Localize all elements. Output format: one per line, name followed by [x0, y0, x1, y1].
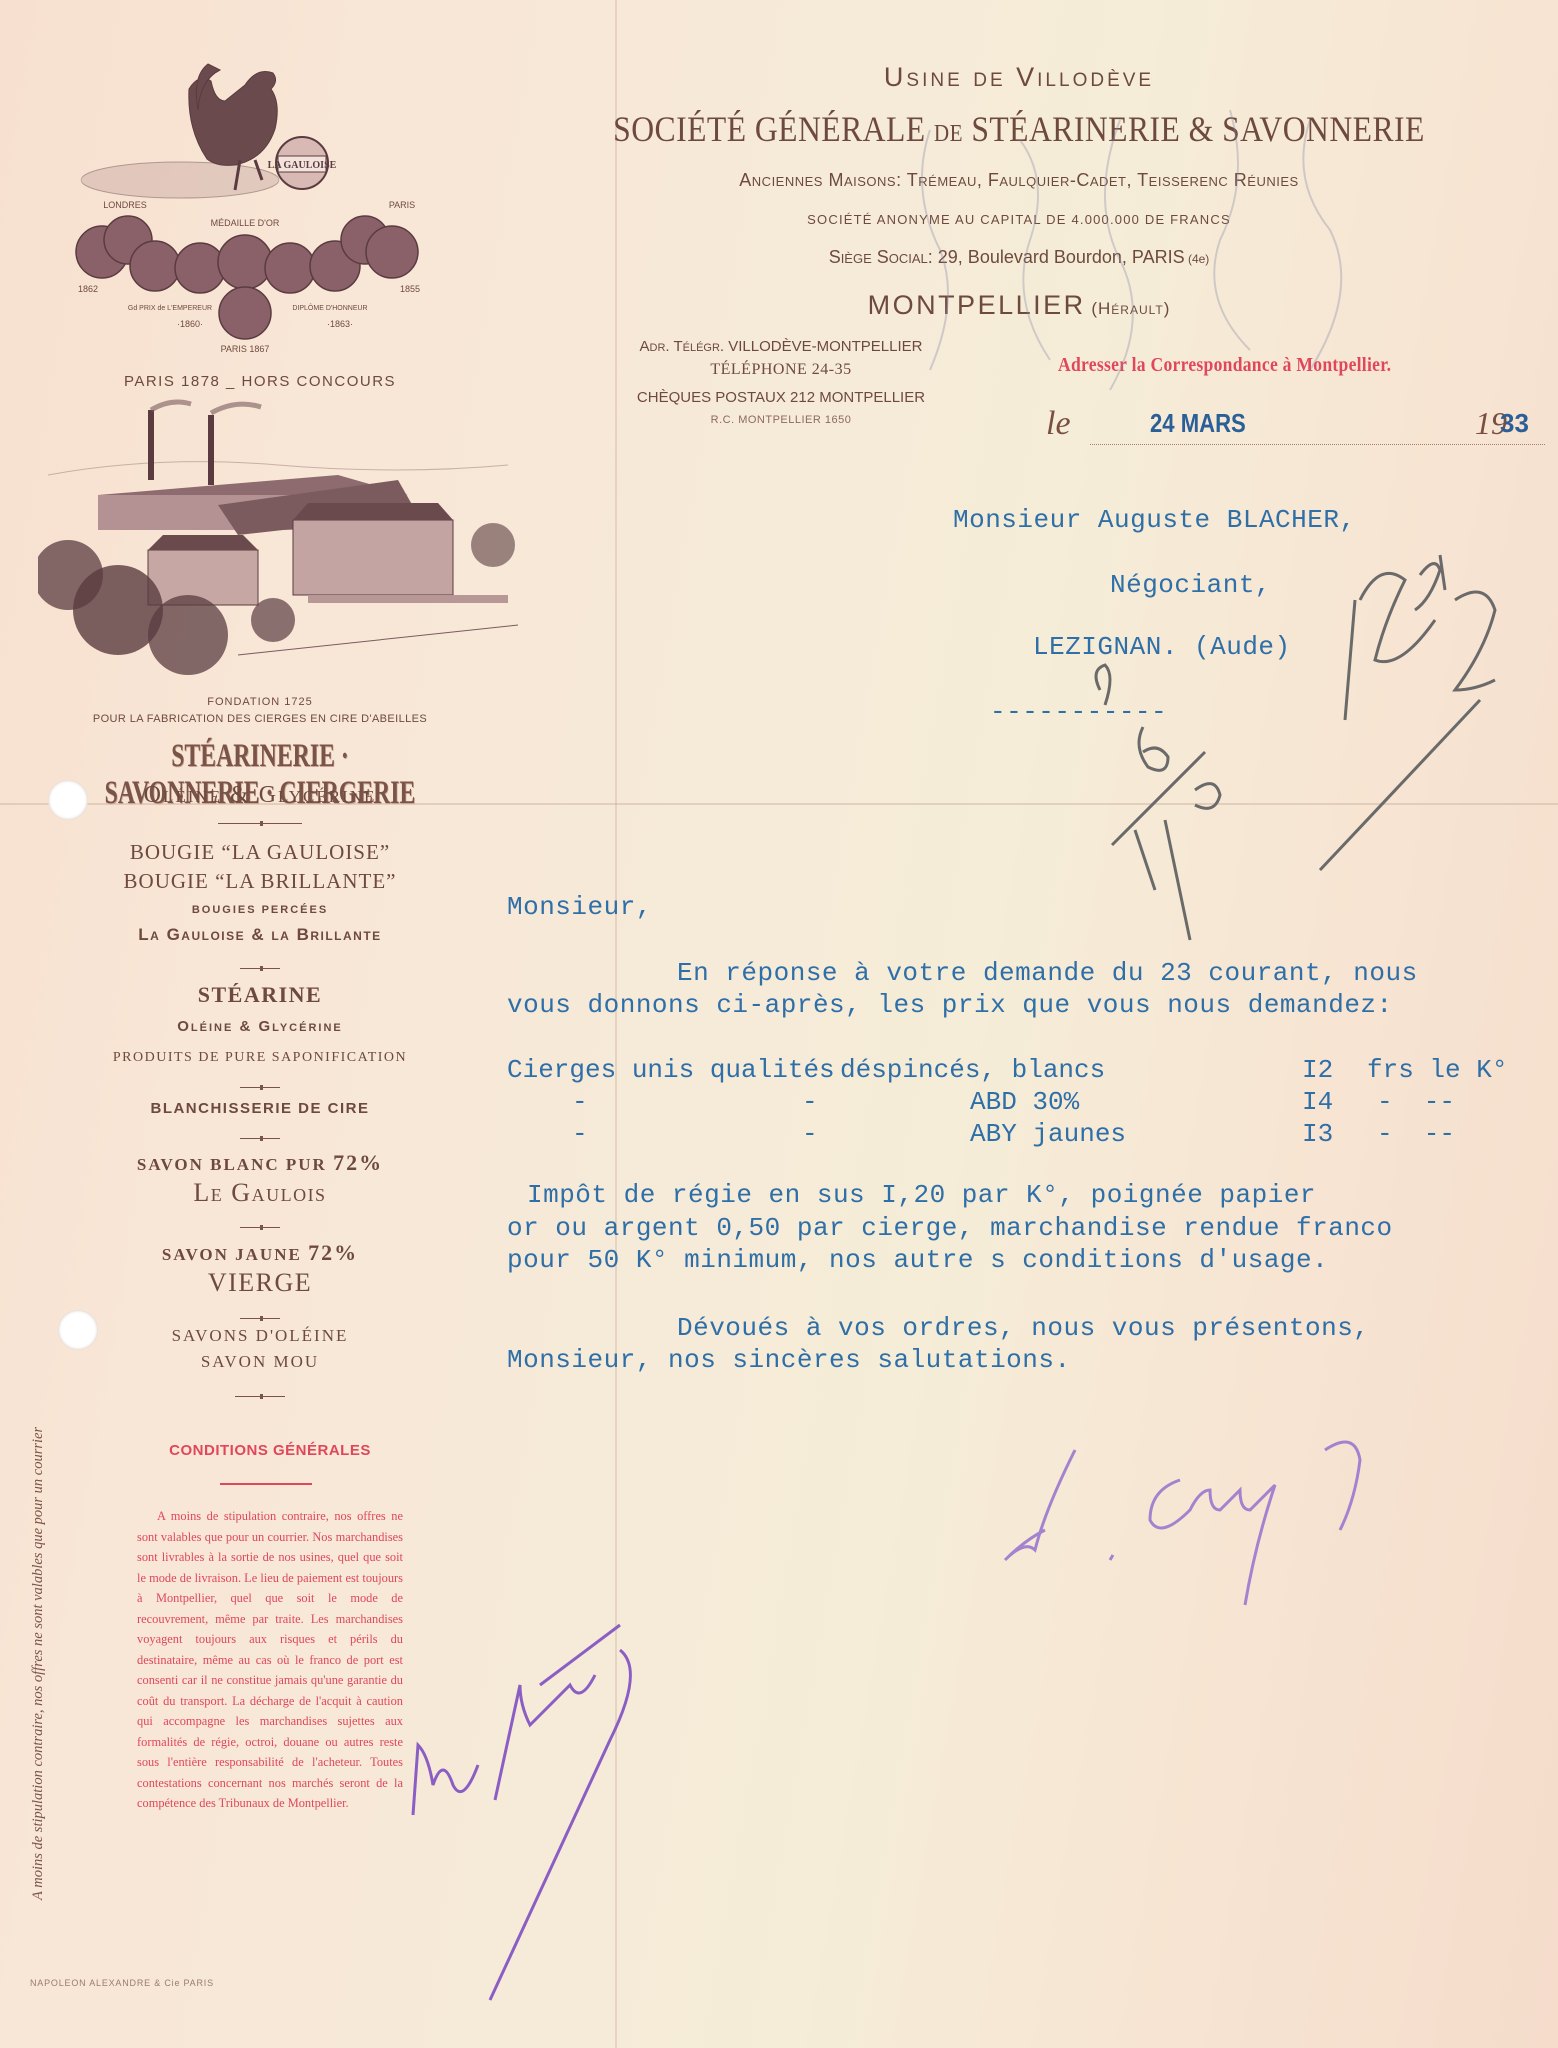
- medal-year-1862: 1862: [78, 284, 98, 294]
- factory-icon: [38, 395, 518, 685]
- conditions-text: A moins de stipulation contraire, nos of…: [137, 1506, 403, 1814]
- conditions-title: CONDITIONS GÉNÉRALES: [140, 1442, 400, 1459]
- separator: [240, 1227, 280, 1228]
- factory-engraving: [38, 395, 518, 685]
- medal-year-1863: ·1863·: [327, 319, 353, 329]
- bougie-la-brillante: BOUGIE “LA BRILLANTE”: [40, 869, 480, 894]
- svg-text:LA GAULOISE: LA GAULOISE: [268, 160, 337, 171]
- date-day-month: 24 MARS: [1150, 408, 1246, 439]
- medal-diplome: DIPLÔME D'HONNEUR: [292, 303, 367, 312]
- oleine-glycerine-2: Oléine & Glycérine: [40, 1018, 480, 1035]
- telegraph-address: Adr. Télégr. VILLODÈVE-MONTPELLIER: [600, 338, 962, 355]
- salutation: Monsieur,: [507, 892, 652, 922]
- closing-line-1: Dévoués à vos ordres, nous vous présento…: [677, 1313, 1369, 1343]
- bougie-la-gauloise: BOUGIE “LA GAULOISE”: [40, 840, 480, 865]
- price-row: Cierges unis qualités déspincés, blancs …: [507, 1055, 569, 1087]
- rooster-icon: [81, 64, 279, 198]
- correspondence-notice: Adresser la Correspondance à Montpellier…: [1058, 354, 1391, 377]
- medal-label-paris: PARIS: [389, 200, 415, 210]
- separator: [240, 1087, 280, 1088]
- savon-mou: SAVON MOU: [40, 1352, 480, 1372]
- bougies-percees: BOUGIES PERCÉES: [40, 904, 480, 916]
- medal-year-1855: 1855: [400, 284, 420, 294]
- savons-oleine: SAVONS D'OLÉINE: [40, 1326, 480, 1346]
- le-gaulois: Le Gaulois: [40, 1178, 480, 1208]
- separator: [240, 1318, 280, 1319]
- price-row: - - ABY jaunes I3 - --: [507, 1119, 569, 1151]
- paragraph-1-line-1: En réponse à votre demande du 23 courant…: [677, 958, 1418, 988]
- recipient-title: Négociant,: [1110, 570, 1271, 600]
- stearine-heading: STÉARINE: [40, 982, 480, 1008]
- anciennes-maisons: Anciennes Maisons: Trémeau, Faulquier-Ca…: [480, 170, 1558, 191]
- rooster-medals-engraving: LA GAULOISE LONDRES PARIS MÉDAILLE D'OR …: [40, 30, 490, 380]
- printer-imprint: NAPOLEON ALEXANDRE & Cie PARIS: [30, 1978, 214, 1988]
- recipient-rule: -----------: [990, 697, 1167, 727]
- medal-grand-prix: Gd PRIX de L'EMPEREUR: [128, 305, 212, 312]
- hors-concours: PARIS 1878 _ HORS CONCOURS: [40, 373, 480, 390]
- paragraph-2-line-2: or ou argent 0,50 par cierge, marchandis…: [507, 1213, 1393, 1243]
- conditions-rule: [220, 1483, 312, 1485]
- cheques-postaux: CHÈQUES POSTAUX 212 MONTPELLIER: [600, 389, 962, 406]
- medals-row-icon: [76, 216, 418, 339]
- price-row: - - ABD 30% I4 - --: [507, 1087, 569, 1119]
- signature-icon: [1005, 1442, 1360, 1605]
- capital-line: SOCIÉTÉ ANONYME AU CAPITAL DE 4.000.000 …: [480, 212, 1558, 227]
- fondation: FONDATION 1725: [40, 696, 480, 708]
- recipient-city: LEZIGNAN. (Aude): [1033, 632, 1291, 662]
- registre-commerce: R.C. MONTPELLIER 1650: [600, 414, 962, 426]
- produits-saponification: PRODUITS DE PURE SAPONIFICATION: [40, 1050, 480, 1066]
- medal-paris-1867: PARIS 1867: [221, 344, 270, 354]
- separator: [218, 823, 302, 824]
- medal-label-medaille-dor: MÉDAILLE D'OR: [211, 218, 280, 228]
- date-dotted-line: [1090, 444, 1545, 445]
- price-list: Cierges unis qualités déspincés, blancs …: [507, 1055, 569, 1151]
- paragraph-2-line-1: Impôt de régie en sus I,20 par K°, poign…: [527, 1180, 1316, 1210]
- usine-title: Usine de Villodève: [480, 62, 1558, 93]
- gauloise-brillante: La Gauloise & la Brillante: [40, 925, 480, 945]
- vierge: VIERGE: [40, 1268, 480, 1298]
- company-name: SOCIÉTÉ GÉNÉRALE DE STÉARINERIE & SAVONN…: [545, 108, 1494, 150]
- savon-blanc: SAVON BLANC PUR 72%: [40, 1150, 480, 1176]
- medal-label-londres: LONDRES: [103, 200, 147, 210]
- closing-line-2: Monsieur, nos sincères salutations.: [507, 1345, 1071, 1375]
- date-year: 33: [1500, 408, 1529, 439]
- siege-social: Siège Social: 29, Boulevard Bourdon, PAR…: [480, 247, 1558, 268]
- telephone: TÉLÉPHONE 24-35: [600, 361, 962, 379]
- savon-jaune: SAVON JAUNE 72%: [40, 1240, 480, 1266]
- pencil-figures-icon: [1320, 555, 1495, 870]
- separator: [240, 968, 280, 969]
- separator: [235, 1396, 285, 1397]
- paragraph-2-line-3: pour 50 K° minimum, nos autre s conditio…: [507, 1245, 1328, 1275]
- city-header: MONTPELLIER (Hérault): [480, 290, 1558, 321]
- medal-year-1860: ·1860·: [177, 319, 203, 329]
- margin-note-icon: [413, 1625, 630, 2000]
- oleine-glycerine-1: Oléine & Glycérine: [40, 782, 480, 809]
- date-prefix: le: [1046, 405, 1071, 443]
- recipient-name: Monsieur Auguste BLACHER,: [953, 505, 1356, 535]
- separator: [240, 1138, 280, 1139]
- blanchisserie: BLANCHISSERIE DE CIRE: [40, 1100, 480, 1117]
- fabrication-note: POUR LA FABRICATION DES CIERGES EN CIRE …: [40, 713, 480, 725]
- vertical-margin-note: A moins de stipulation contraire, nos of…: [30, 1180, 47, 1900]
- paragraph-1-line-2: vous donnons ci-après, les prix que vous…: [507, 990, 1393, 1020]
